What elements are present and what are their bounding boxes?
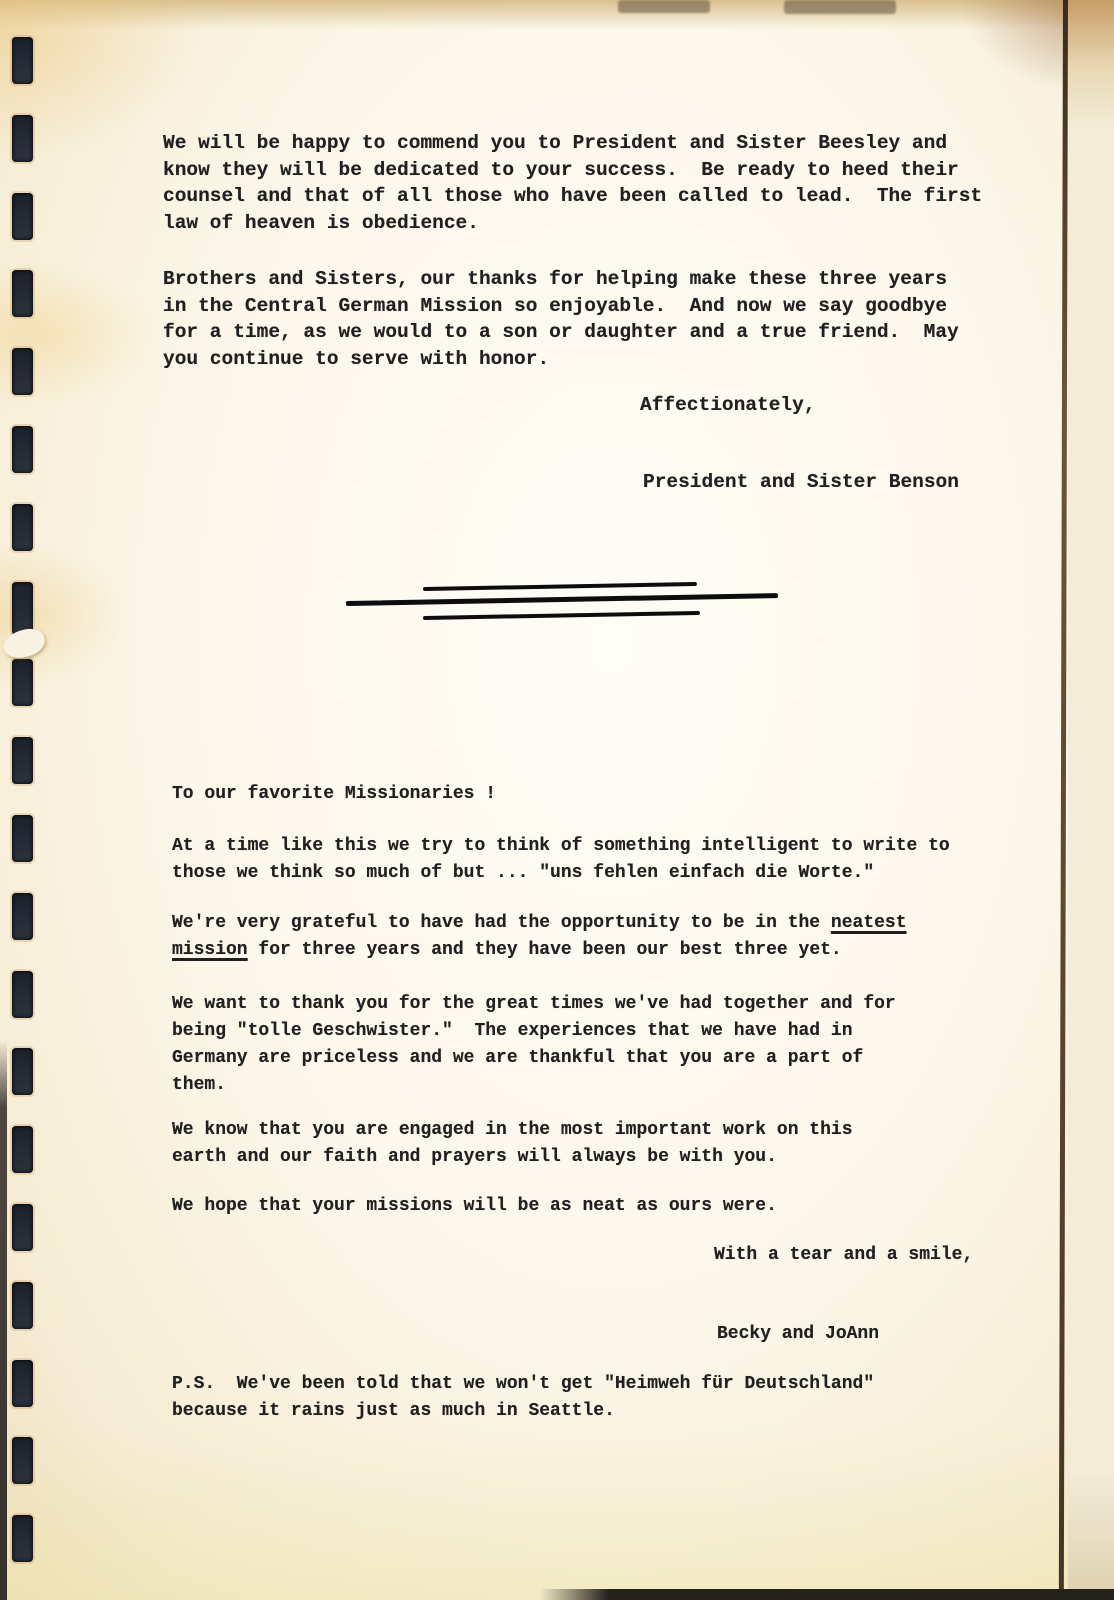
ink-divider-stroke — [423, 582, 697, 591]
stain-top-band — [0, 0, 1114, 30]
paragraph-thank: We want to thank you for the great times… — [172, 991, 1082, 1099]
binding-hole — [12, 270, 33, 317]
valediction-tear-smile: With a tear and a smile, — [714, 1242, 973, 1269]
scanned-letter-page: We will be happy to commend you to Presi… — [0, 0, 1114, 1600]
binding-hole — [12, 1048, 33, 1095]
signature-becky-joann: Becky and JoAnn — [717, 1321, 879, 1348]
scan-speckle — [784, 0, 896, 14]
binding-hole — [12, 426, 33, 473]
ink-divider-stroke — [346, 593, 778, 606]
stain-bottom — [0, 1420, 1114, 1600]
binding-hole — [12, 659, 33, 706]
binding-hole — [12, 1204, 33, 1251]
binding-hole — [12, 115, 33, 162]
scan-bottom-shadow — [540, 1589, 1114, 1600]
note-salutation: To our favorite Missionaries ! — [172, 781, 1072, 808]
binding-hole — [12, 504, 33, 551]
binding-hole — [12, 737, 33, 784]
binding-hole — [12, 37, 33, 84]
binding-hole — [12, 193, 33, 240]
note-postscript: P.S. We've been told that we won't get "… — [172, 1371, 1082, 1425]
binding-hole — [12, 1126, 33, 1173]
binding-hole — [12, 1515, 33, 1562]
binding-hole — [12, 815, 33, 862]
grateful-text-pre: We're very grateful to have had the oppo… — [172, 913, 831, 933]
paragraph-intro: At a time like this we try to think of s… — [172, 833, 1082, 887]
valediction-affectionately: Affectionately, — [640, 392, 816, 419]
paragraph-thanks: Brothers and Sisters, our thanks for hel… — [163, 266, 1063, 372]
binding-hole — [12, 1360, 33, 1407]
binding-hole — [12, 893, 33, 940]
signature-president-benson: President and Sister Benson — [643, 469, 959, 496]
binding-hole — [12, 971, 33, 1018]
binding-hole — [12, 348, 33, 395]
binding-hole — [12, 1437, 33, 1484]
paragraph-hope: We hope that your missions will be as ne… — [172, 1193, 1082, 1220]
torn-paper-flap — [1, 626, 48, 661]
adjacent-page-edge — [1068, 0, 1114, 1600]
paragraph-grateful: We're very grateful to have had the oppo… — [172, 910, 1082, 964]
grateful-text-post: for three years and they have been our b… — [248, 940, 842, 960]
binding-hole — [12, 1282, 33, 1329]
scan-speckle — [618, 0, 710, 13]
grateful-underline-neatest: neatest — [831, 913, 907, 933]
ink-divider-stroke — [423, 611, 700, 620]
paragraph-commend: We will be happy to commend you to Presi… — [163, 130, 1063, 236]
paragraph-work: We know that you are engaged in the most… — [172, 1117, 1082, 1171]
scan-left-edge — [0, 1040, 7, 1600]
grateful-underline-mission: mission — [172, 940, 248, 960]
